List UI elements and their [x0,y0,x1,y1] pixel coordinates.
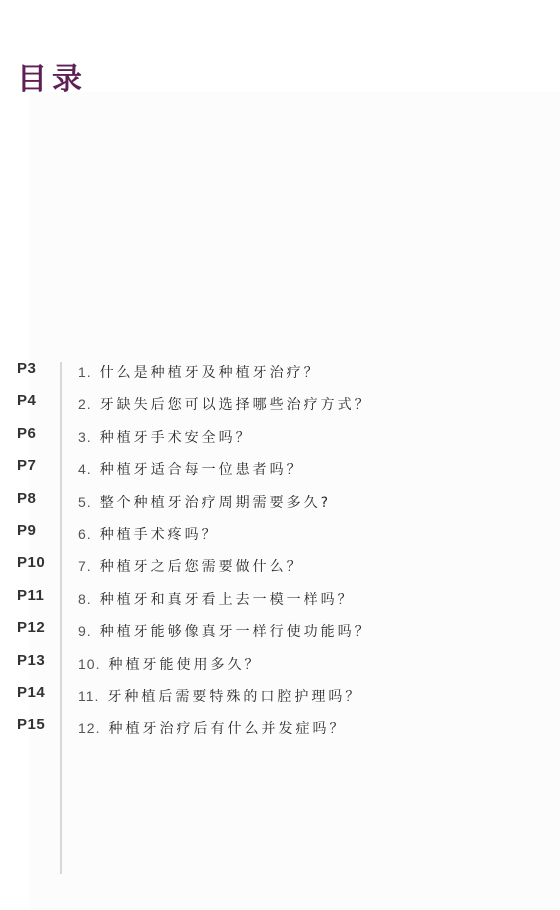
entry-text: 牙缺失后您可以选择哪些治疗方式？ [100,397,372,413]
page-number: P13 [17,652,45,669]
entry-number: 4. [78,461,92,477]
toc-entry: 5.整个种植牙治疗周期需要多久? [78,492,331,512]
toc-row[interactable]: P6 3.种植牙手术安全吗？ [0,425,560,457]
entry-number: 11. [78,688,99,704]
entry-text: 种植牙能使用多久？ [108,657,261,673]
page-number: P12 [17,619,45,636]
toc-row[interactable]: P13 10.种植牙能使用多久？ [0,652,560,684]
toc-entry: 10.种植牙能使用多久？ [78,654,261,674]
page-number: P8 [17,490,36,507]
entry-text: 种植牙治疗后有什么并发症吗？ [108,721,346,737]
toc-entry: 8.种植牙和真牙看上去一模一样吗？ [78,589,355,609]
toc-row[interactable]: P14 11.牙种植后需要特殊的口腔护理吗？ [0,684,560,716]
toc-row[interactable]: P4 2.牙缺失后您可以选择哪些治疗方式？ [0,392,560,424]
entry-number: 3. [78,429,92,445]
entry-number: 8. [78,591,92,607]
toc-row[interactable]: P8 5.整个种植牙治疗周期需要多久? [0,490,560,522]
page-number: P9 [17,522,36,539]
toc-row[interactable]: P15 12.种植牙治疗后有什么并发症吗？ [0,716,560,748]
page-number: P10 [17,554,45,571]
toc-entry: 2.牙缺失后您可以选择哪些治疗方式？ [78,394,372,414]
entry-number: 2. [78,396,92,412]
entry-number: 7. [78,558,92,574]
page-number: P11 [17,587,44,604]
toc-entry: 1.什么是种植牙及种植牙治疗？ [78,362,321,382]
toc-entry: 3.种植牙手术安全吗？ [78,427,253,447]
page-number: P4 [17,392,36,409]
page-number: P15 [17,716,45,733]
entry-text: 种植牙适合每一位患者吗？ [100,462,304,478]
entry-number: 12. [78,720,100,736]
entry-number: 10. [78,656,100,672]
entry-text: 什么是种植牙及种植牙治疗？ [100,365,321,381]
entry-number: 1. [78,364,92,380]
entry-number: 9. [78,623,92,639]
entry-text: 种植牙之后您需要做什么？ [100,559,304,575]
table-of-contents: P3 1.什么是种植牙及种植牙治疗？ P4 2.牙缺失后您可以选择哪些治疗方式？… [0,360,560,749]
entry-number: 6. [78,526,92,542]
page-number: P7 [17,457,36,474]
toc-entry: 9.种植牙能够像真牙一样行使功能吗？ [78,621,372,641]
page-number: P14 [17,684,45,701]
entry-text: 整个种植牙治疗周期需要多久? [100,495,331,511]
toc-row[interactable]: P9 6.种植手术疼吗？ [0,522,560,554]
toc-entry: 4.种植牙适合每一位患者吗？ [78,459,304,479]
toc-row[interactable]: P3 1.什么是种植牙及种植牙治疗？ [0,360,560,392]
toc-row[interactable]: P10 7.种植牙之后您需要做什么？ [0,554,560,586]
page-number: P3 [17,360,36,377]
toc-entry: 6.种植手术疼吗？ [78,524,219,544]
entry-text: 牙种植后需要特殊的口腔护理吗？ [107,689,362,705]
toc-entry: 11.牙种植后需要特殊的口腔护理吗？ [78,686,362,706]
toc-entry: 7.种植牙之后您需要做什么？ [78,556,304,576]
page-number: P6 [17,425,36,442]
toc-entry: 12.种植牙治疗后有什么并发症吗？ [78,718,346,738]
entry-text: 种植牙能够像真牙一样行使功能吗？ [100,624,372,640]
toc-row[interactable]: P12 9.种植牙能够像真牙一样行使功能吗？ [0,619,560,651]
entry-number: 5. [78,494,92,510]
entry-text: 种植牙手术安全吗？ [100,430,253,446]
entry-text: 种植牙和真牙看上去一模一样吗？ [100,592,355,608]
toc-row[interactable]: P11 8.种植牙和真牙看上去一模一样吗？ [0,587,560,619]
entry-text: 种植手术疼吗？ [100,527,219,543]
toc-row[interactable]: P7 4.种植牙适合每一位患者吗？ [0,457,560,489]
page-title: 目录 [17,54,87,98]
